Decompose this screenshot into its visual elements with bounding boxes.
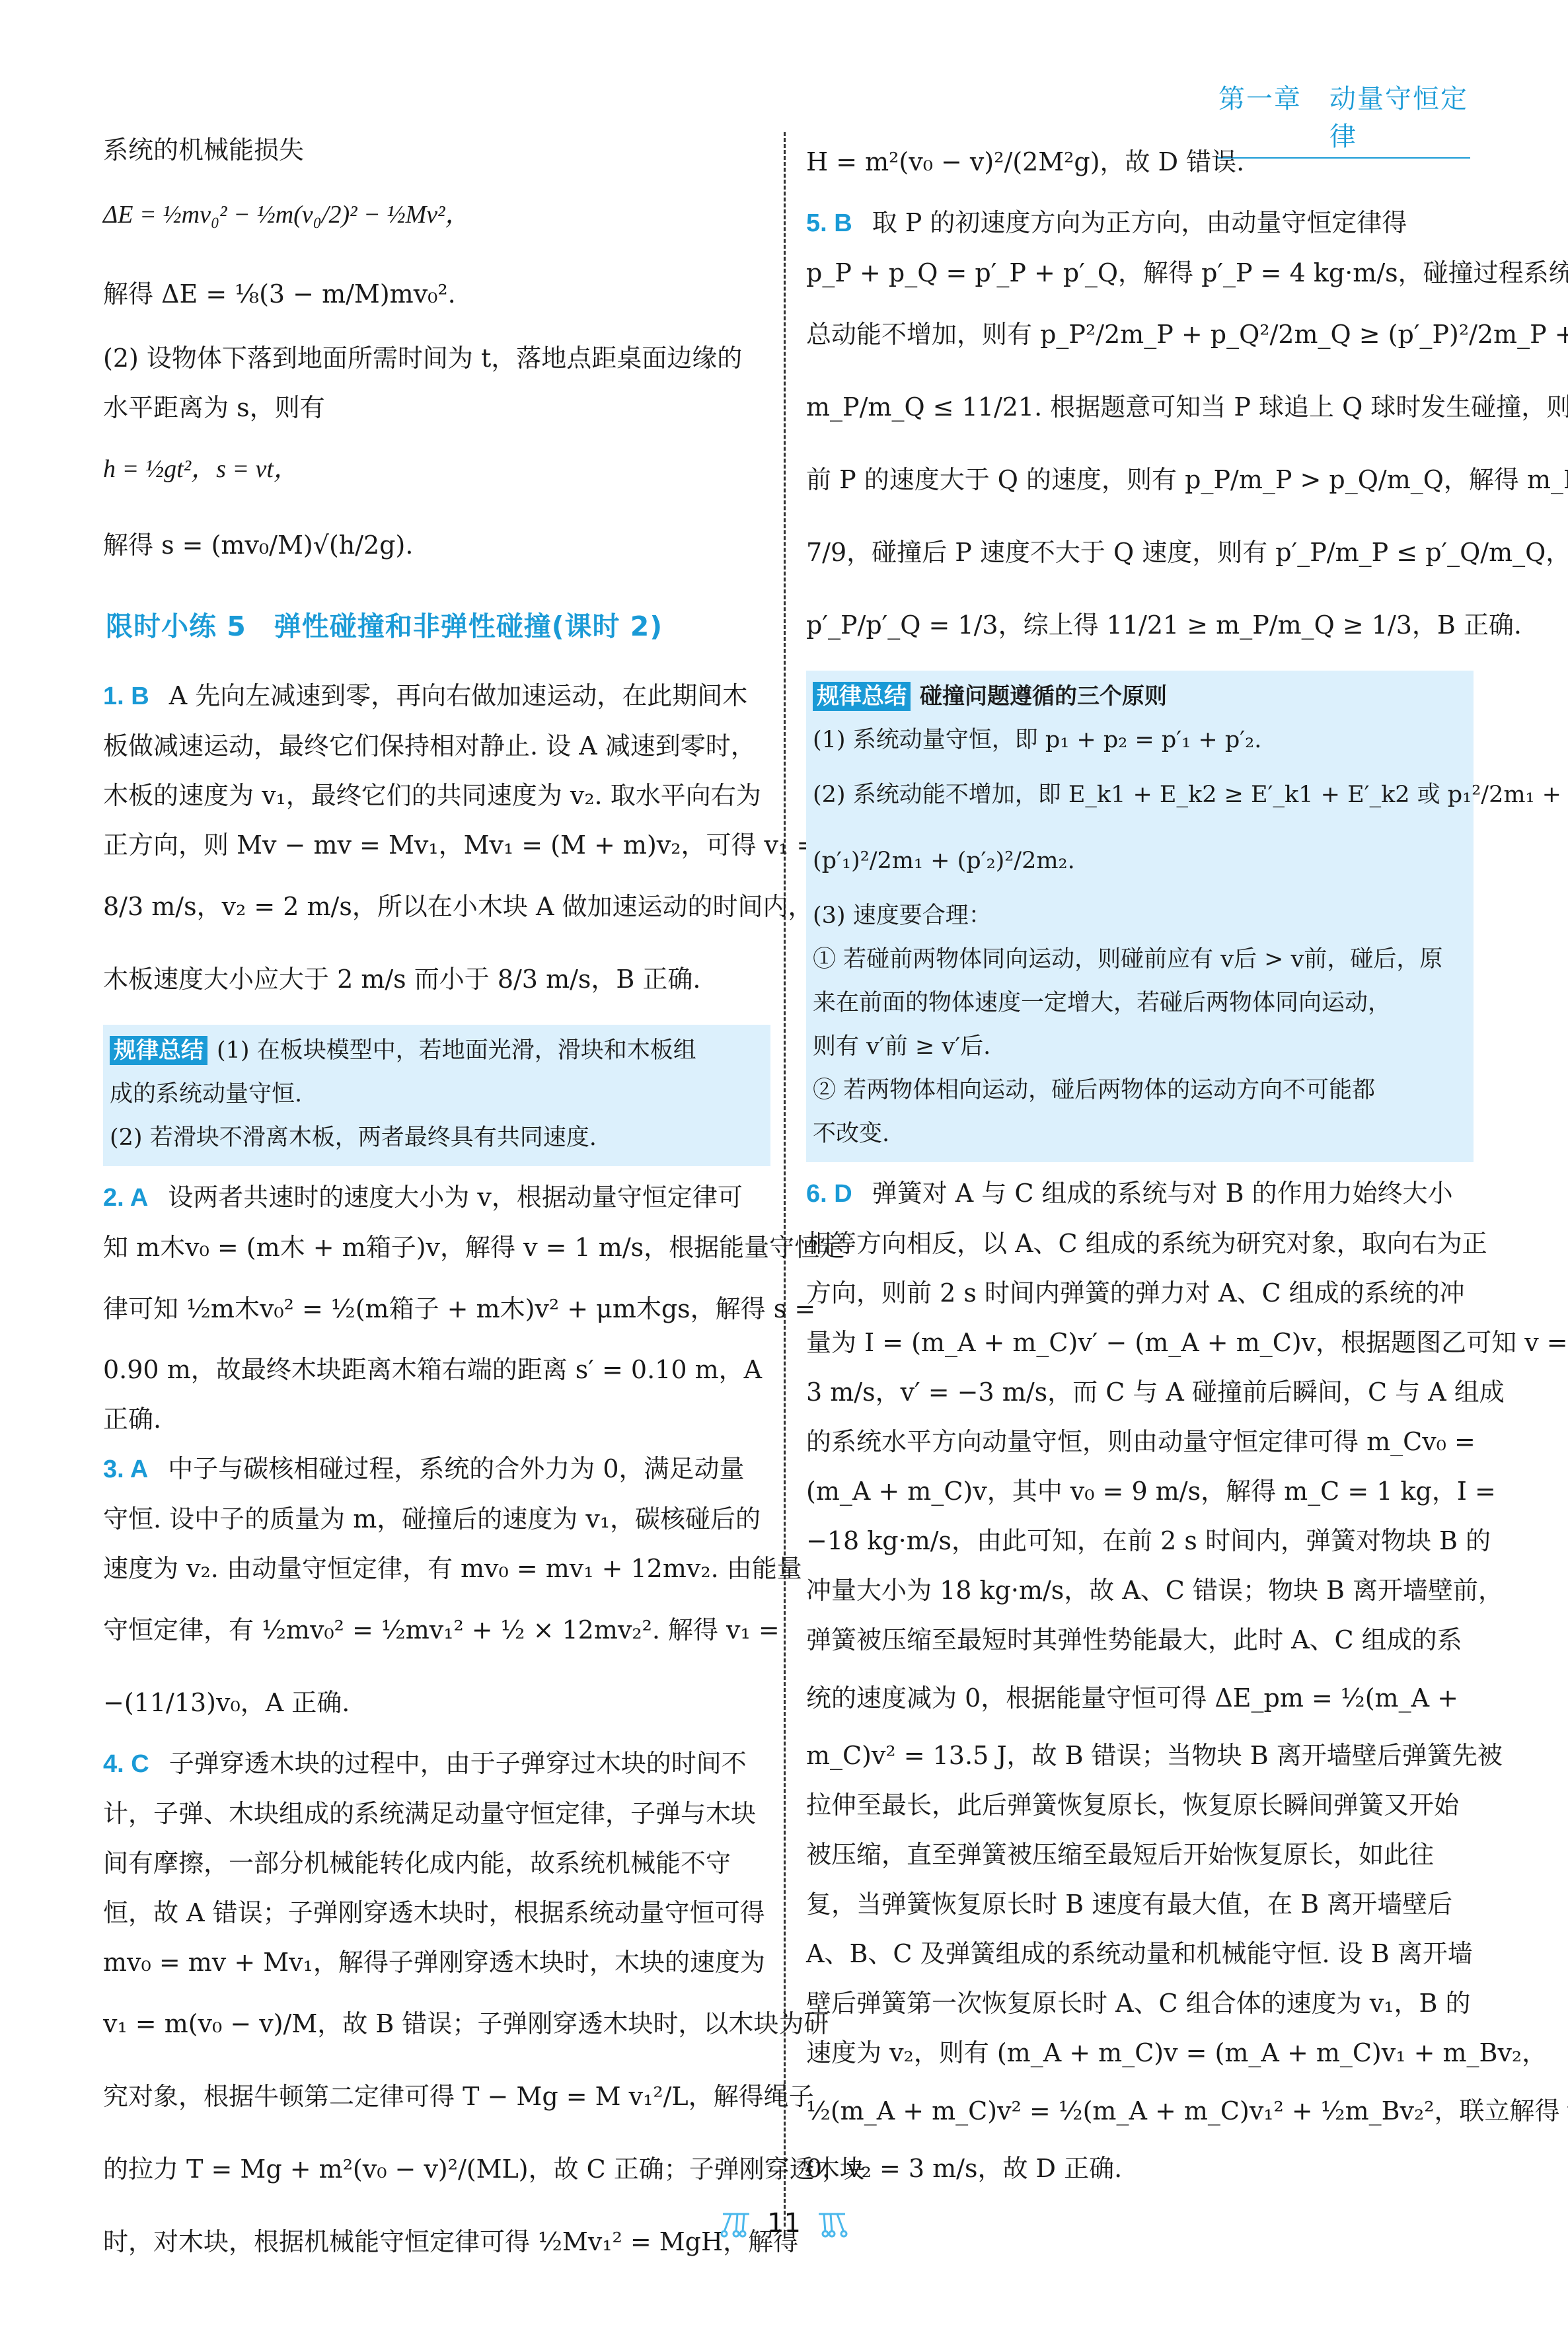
equation: 解得 ΔE = ⅛(3 − m/M)mv₀². xyxy=(103,254,770,334)
answer-2: 2. A设两者共速时的速度大小为 v，根据动量守恒定律可 知 m木v₀ = (m… xyxy=(103,1173,770,1444)
text-line: 水平距离为 s，则有 xyxy=(103,383,770,433)
text-line: 木板速度大小应大于 2 m/s 而小于 8/3 m/s，B 正确. xyxy=(103,943,770,1015)
text-line: 取 P 的初速度方向为正方向，由动量守恒定律得 xyxy=(872,208,1407,237)
text-line: p_P + p_Q = p′_P + p′_Q，解得 p′_P = 4 kg·m… xyxy=(806,248,1474,298)
text-line: 守恒定律，有 ½mv₀² = ½mv₁² + ½ × 12mv₂². 解得 v₁… xyxy=(103,1594,770,1666)
question-number: 5. B xyxy=(806,209,852,237)
text-line: (2) 设物体下落到地面所需时间为 t，落地点距桌面边缘的 xyxy=(103,334,770,383)
text-line: v₁ = m(v₀ − v)/M，故 B 错误；子弹刚穿透木块时，以木块为研 xyxy=(103,1987,770,2060)
left-column: 系统的机械能损失 ΔE = ½mv₀² − ½m(v₀/2)² − ½Mv²， … xyxy=(103,126,770,2278)
summary-tag: 规律总结 xyxy=(110,1036,207,1065)
text-line: 的系统水平方向动量守恒，则由动量守恒定律可得 m_Cv₀ = xyxy=(806,1417,1474,1467)
text-line: 弹簧对 A 与 C 组成的系统与对 B 的作用力始终大小 xyxy=(872,1179,1453,1208)
right-column: H = m²(v₀ − v)²/(2M²g)，故 D 错误. 5. B取 P 的… xyxy=(806,126,1474,2194)
summary-line: 来在前面的物体速度一定增大，若碰后两物体同向运动， xyxy=(813,981,1467,1025)
text-line: p′_P/p′_Q = 1/3，综上得 11/21 ≥ m_P/m_Q ≥ 1/… xyxy=(806,589,1474,661)
text-line: A 先向左减速到零，再向右做加速运动，在此期间木 xyxy=(169,681,748,710)
text-line: 守恒. 设中子的质量为 m，碰撞后的速度为 v₁，碳核碰后的 xyxy=(103,1495,770,1544)
text-line: 冲量大小为 18 kg·m/s，故 A、C 错误；物块 B 离开墙壁前， xyxy=(806,1566,1474,1615)
summary-line: 成的系统动量守恒. xyxy=(110,1072,764,1116)
text-line: 被压缩，直至弹簧被压缩至最短后开始恢复原长，如此往 xyxy=(806,1830,1474,1880)
text-line: 复，当弹簧恢复原长时 B 速度有最大值，在 B 离开墙壁后 xyxy=(806,1880,1474,1929)
text-line: 究对象，根据牛顿第二定律可得 T − Mg = M v₁²/L，解得绳子 xyxy=(103,2060,770,2133)
newton-cradle-icon xyxy=(720,2211,752,2238)
text-line: 速度为 v₂. 由动量守恒定律，有 mv₀ = mv₁ + 12mv₂. 由能量 xyxy=(103,1544,770,1594)
text-line: 速度为 v₂，则有 (m_A + m_C)v = (m_A + m_C)v₁ +… xyxy=(806,2028,1474,2078)
text-line: 恒，故 A 错误；子弹刚穿透木块时，根据系统动量守恒可得 xyxy=(103,1888,770,1938)
answer-5: 5. B取 P 的初速度方向为正方向，由动量守恒定律得 p_P + p_Q = … xyxy=(806,198,1474,661)
equation: h = ½gt²，s = vt， xyxy=(103,433,770,505)
summary-line: (2) 若滑块不滑离木板，两者最终具有共同速度. xyxy=(110,1116,764,1160)
question-number: 6. D xyxy=(806,1180,852,1208)
question-number: 1. B xyxy=(103,683,149,710)
text-line: 统的速度减为 0，根据能量守恒可得 ΔE_pm = ½(m_A + xyxy=(806,1665,1474,1731)
text-line: 相等方向相反，以 A、C 组成的系统为研究对象，取向右为正 xyxy=(806,1219,1474,1269)
page-number: 11 xyxy=(767,2208,801,2238)
text-line: 0，v₂ = 3 m/s，故 D 正确. xyxy=(806,2144,1474,2194)
text-line: 间有摩擦，一部分机械能转化成内能，故系统机械能不守 xyxy=(103,1839,770,1888)
text-line: 方向，则前 2 s 时间内弹簧的弹力对 A、C 组成的系统的冲 xyxy=(806,1269,1474,1318)
text-line: 0.90 m，故最终木块距离木箱右端的距离 s′ = 0.10 m，A xyxy=(103,1345,770,1395)
answer-4: 4. C子弹穿透木块的过程中，由于子弹穿过木块的时间不 计，子弹、木块组成的系统… xyxy=(103,1739,770,2278)
summary-box: 规律总结(1) 在板块模型中，若地面光滑，滑块和木板组 成的系统动量守恒. (2… xyxy=(103,1025,770,1166)
question-number: 3. A xyxy=(103,1456,148,1483)
answer-1: 1. BA 先向左减速到零，再向右做加速运动，在此期间木 板做减速运动，最终它们… xyxy=(103,671,770,1015)
text-line: 知 m木v₀ = (m木 + m箱子)v，解得 v = 1 m/s，根据能量守恒… xyxy=(103,1223,770,1273)
text-line: 系统的机械能损失 xyxy=(103,126,770,175)
summary-tag: 规律总结 xyxy=(813,682,911,711)
text-line: A、B、C 及弹簧组成的系统动量和机械能守恒. 设 B 离开墙 xyxy=(806,1929,1474,1979)
text-line: 木板的速度为 v₁，最终它们的共同速度为 v₂. 取水平向右为 xyxy=(103,771,770,821)
section-title: 限时小练 5 弹性碰撞和非弹性碰撞(课时 2) xyxy=(106,602,770,651)
text-line: m_C)v² = 13.5 J，故 B 错误；当物块 B 离开墙壁后弹簧先被 xyxy=(806,1731,1474,1781)
text-line: −(11/13)v₀，A 正确. xyxy=(103,1666,770,1739)
text-line: 律可知 ½m木v₀² = ½(m箱子 + m木)v² + μm木gs，解得 s … xyxy=(103,1273,770,1345)
text-line: ½(m_A + m_C)v² = ½(m_A + m_C)v₁² + ½m_Bv… xyxy=(806,2078,1474,2144)
text-line: 子弹穿透木块的过程中，由于子弹穿过木块的时间不 xyxy=(169,1749,747,1778)
text-line: 的拉力 T = Mg + m²(v₀ − v)²/(ML)，故 C 正确；子弹刚… xyxy=(103,2133,770,2205)
text-line: 前 P 的速度大于 Q 的速度，则有 p_P/m_P > p_Q/m_Q，解得 … xyxy=(806,443,1474,516)
text-line: 壁后弹簧第一次恢复原长时 A、C 组合体的速度为 v₁，B 的 xyxy=(806,1979,1474,2028)
summary-line: (p′₁)²/2m₁ + (p′₂)²/2m₂. xyxy=(813,828,1467,894)
text-line: 8/3 m/s，v₂ = 2 m/s，所以在小木块 A 做加速运动的时间内， xyxy=(103,870,770,943)
summary-title: 碰撞问题遵循的三个原则 xyxy=(920,683,1167,710)
summary-line: (2) 系统动能不增加，即 E_k1 + E_k2 ≥ E′_k1 + E′_k… xyxy=(813,762,1467,828)
column-divider xyxy=(784,132,786,2227)
summary-line: (1) 在板块模型中，若地面光滑，滑块和木板组 xyxy=(217,1037,696,1064)
text-line: 正确. xyxy=(103,1395,770,1444)
text-line: mv₀ = mv + Mv₁，解得子弹刚穿透木块时，木块的速度为 xyxy=(103,1938,770,1987)
text-line: 拉伸至最长，此后弹簧恢复原长，恢复原长瞬间弹簧又开始 xyxy=(806,1781,1474,1830)
text-line: 弹簧被压缩至最短时其弹性势能最大，此时 A、C 组成的系 xyxy=(806,1615,1474,1665)
summary-line: 不改变. xyxy=(813,1112,1467,1156)
summary-line: 则有 v′前 ≥ v′后. xyxy=(813,1025,1467,1068)
text-line: 正方向，则 Mv − mv = Mv₁，Mv₁ = (M + m)v₂，可得 v… xyxy=(103,821,770,870)
text-line: 7/9，碰撞后 P 速度不大于 Q 速度，则有 p′_P/m_P ≤ p′_Q/… xyxy=(806,516,1474,589)
equation: H = m²(v₀ − v)²/(2M²g)，故 D 错误. xyxy=(806,126,1474,198)
equation: ΔE = ½mv₀² − ½m(v₀/2)² − ½Mv²， xyxy=(103,175,770,254)
summary-line: ② 若两物体相向运动，碰后两物体的运动方向不可能都 xyxy=(813,1068,1467,1112)
text-line: 中子与碳核相碰过程，系统的合外力为 0，满足动量 xyxy=(168,1454,744,1483)
text-line: 3 m/s，v′ = −3 m/s，而 C 与 A 碰撞前后瞬间，C 与 A 组… xyxy=(806,1368,1474,1417)
text-line: 板做减速运动，最终它们保持相对静止. 设 A 减速到零时， xyxy=(103,721,770,771)
summary-line: (3) 速度要合理： xyxy=(813,894,1467,938)
text-line: 设两者共速时的速度大小为 v，根据动量守恒定律可 xyxy=(168,1183,743,1212)
answer-3: 3. A中子与碳核相碰过程，系统的合外力为 0，满足动量 守恒. 设中子的质量为… xyxy=(103,1444,770,1739)
question-number: 2. A xyxy=(103,1184,148,1212)
text-line: 总动能不增加，则有 p_P²/2m_P + p_Q²/2m_Q ≥ (p′_P)… xyxy=(806,298,1474,371)
text-line: 量为 I = (m_A + m_C)v′ − (m_A + m_C)v，根据题图… xyxy=(806,1318,1474,1368)
newton-cradle-icon xyxy=(816,2211,848,2238)
text-line: m_P/m_Q ≤ 11/21. 根据题意可知当 P 球追上 Q 球时发生碰撞，… xyxy=(806,371,1474,443)
summary-box: 规律总结碰撞问题遵循的三个原则 (1) 系统动量守恒，即 p₁ + p₂ = p… xyxy=(806,671,1474,1162)
text-line: −18 kg·m/s，由此可知，在前 2 s 时间内，弹簧对物块 B 的 xyxy=(806,1516,1474,1566)
answer-6: 6. D弹簧对 A 与 C 组成的系统与对 B 的作用力始终大小 相等方向相反，… xyxy=(806,1169,1474,2194)
page-footer: 11 xyxy=(0,2208,1568,2238)
summary-line: (1) 系统动量守恒，即 p₁ + p₂ = p′₁ + p′₂. xyxy=(813,718,1467,762)
equation: 解得 s = (mv₀/M)√(h/2g). xyxy=(103,505,770,585)
question-number: 4. C xyxy=(103,1750,149,1778)
text-line: (m_A + m_C)v，其中 v₀ = 9 m/s，解得 m_C = 1 kg… xyxy=(806,1467,1474,1516)
summary-line: ① 若碰前两物体同向运动，则碰前应有 v后 > v前，碰后，原 xyxy=(813,938,1467,981)
text-line: 计，子弹、木块组成的系统满足动量守恒定律，子弹与木块 xyxy=(103,1789,770,1839)
